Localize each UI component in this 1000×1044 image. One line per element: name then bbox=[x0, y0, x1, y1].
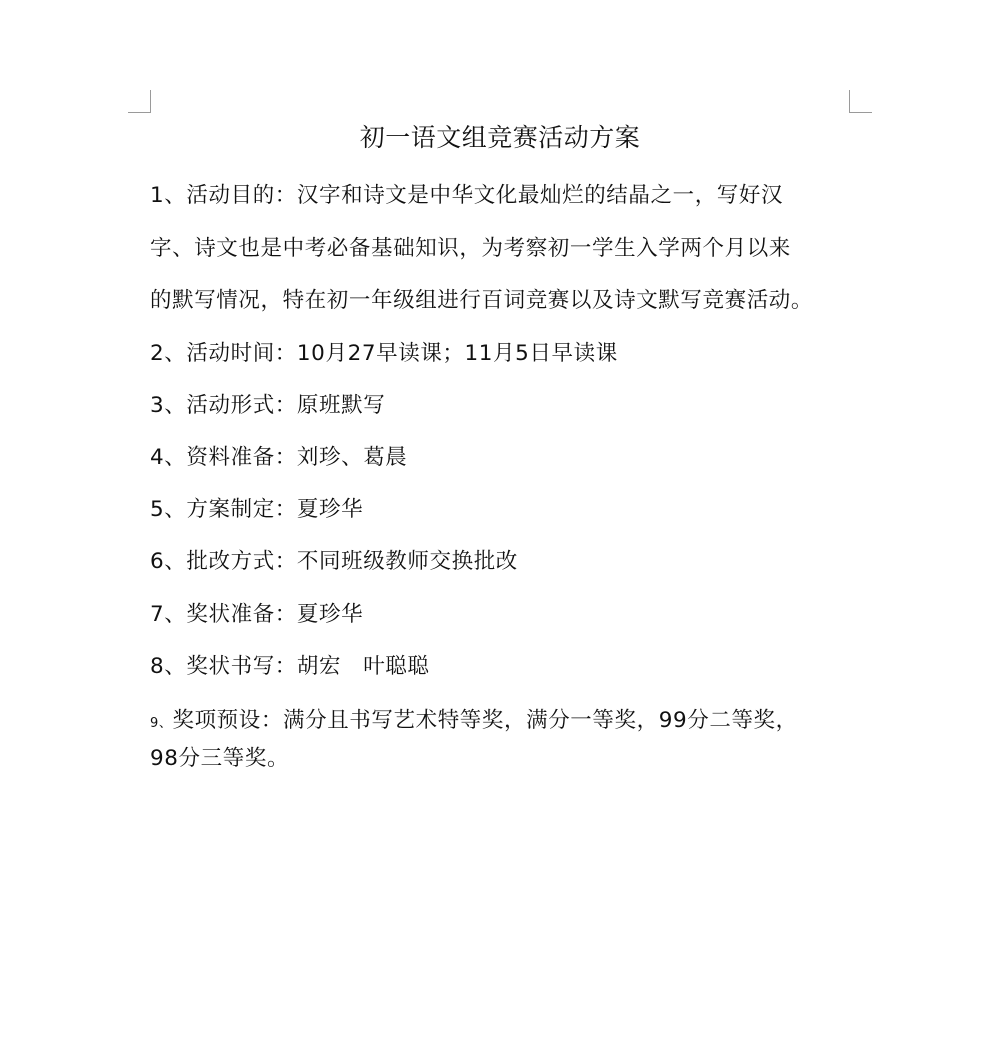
item-2: 2、活动时间：10月27早读课；11月5日早读课 bbox=[150, 336, 618, 367]
item-label: 奖项预设： bbox=[172, 708, 283, 733]
item-7: 7、奖状准备：夏珍华 bbox=[150, 597, 363, 628]
page-corner-mark-top-right bbox=[849, 90, 872, 113]
item-text: 汉字和诗文是中华文化最灿烂的结晶之一，写好汉 bbox=[297, 183, 783, 208]
item-label: 奖状准备： bbox=[186, 602, 297, 627]
item-number: 9、 bbox=[150, 716, 172, 731]
item-number: 4、 bbox=[150, 445, 186, 470]
item-value: 夏珍华 bbox=[297, 602, 363, 627]
item-number: 6、 bbox=[150, 549, 186, 574]
item-label: 活动时间： bbox=[186, 341, 297, 366]
item-number: 1、 bbox=[150, 183, 186, 208]
item-label: 活动形式： bbox=[186, 393, 297, 418]
item-label: 资料准备： bbox=[186, 445, 297, 470]
item-8: 8、奖状书写：胡宏 叶聪聪 bbox=[150, 649, 430, 680]
item-label: 活动目的： bbox=[186, 183, 297, 208]
item-value: 夏珍华 bbox=[297, 497, 363, 522]
item-value: 原班默写 bbox=[297, 393, 385, 418]
item-value: 10月27早读课；11月5日早读课 bbox=[297, 341, 618, 366]
item-1-line-3: 的默写情况，特在初一年级组进行百词竞赛以及诗文默写竞赛活动。 bbox=[150, 283, 813, 314]
item-number: 2、 bbox=[150, 341, 186, 366]
item-6: 6、批改方式：不同班级教师交换批改 bbox=[150, 544, 518, 575]
item-9-line-1: 9、奖项预设：满分且书写艺术特等奖，满分一等奖，99分二等奖， bbox=[150, 703, 798, 734]
item-value: 胡宏 叶聪聪 bbox=[297, 654, 430, 679]
item-number: 7、 bbox=[150, 602, 186, 627]
item-1-line-2: 字、诗文也是中考必备基础知识，为考察初一学生入学两个月以来 bbox=[150, 231, 791, 262]
item-value: 刘珍、葛晨 bbox=[297, 445, 408, 470]
item-text: 满分且书写艺术特等奖，满分一等奖，99分二等奖， bbox=[283, 708, 798, 733]
item-number: 3、 bbox=[150, 393, 186, 418]
item-number: 5、 bbox=[150, 497, 186, 522]
item-value: 不同班级教师交换批改 bbox=[297, 549, 518, 574]
item-3: 3、活动形式：原班默写 bbox=[150, 388, 385, 419]
item-4: 4、资料准备：刘珍、葛晨 bbox=[150, 440, 407, 471]
document-title: 初一语文组竞赛活动方案 bbox=[0, 118, 1000, 154]
page-corner-mark-top-left bbox=[128, 90, 151, 113]
item-number: 8、 bbox=[150, 654, 186, 679]
item-5: 5、方案制定：夏珍华 bbox=[150, 492, 363, 523]
item-9-line-2: 98分三等奖。 bbox=[150, 741, 289, 772]
item-1-line-1: 1、活动目的：汉字和诗文是中华文化最灿烂的结晶之一，写好汉 bbox=[150, 178, 783, 209]
item-label: 奖状书写： bbox=[186, 654, 297, 679]
item-label: 批改方式： bbox=[186, 549, 297, 574]
item-label: 方案制定： bbox=[186, 497, 297, 522]
